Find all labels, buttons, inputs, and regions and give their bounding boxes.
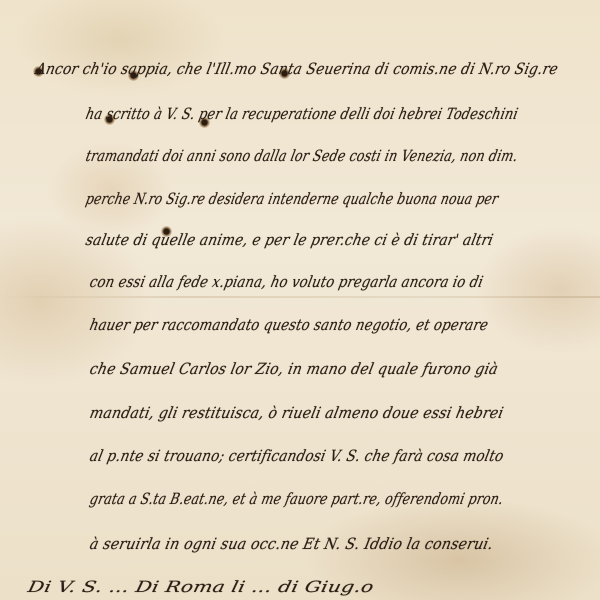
letter-line-2: ha scritto à V. S. per la recuperatione … bbox=[84, 105, 520, 123]
letter-line-7: hauer per raccomandato questo santo nego… bbox=[88, 316, 490, 334]
paper-fold-crease bbox=[0, 296, 600, 298]
letter-line-9: mandati, gli restituisca, ò riueli almen… bbox=[88, 404, 505, 422]
letter-line-11: grata a S.ta B.eat.ne, et à me fauore pa… bbox=[88, 490, 505, 508]
letter-line-1: Ancor ch'io sappia, che l'Ill.mo Santa S… bbox=[34, 60, 560, 78]
letter-line-6: con essi alla fede x.piana, ho voluto pr… bbox=[88, 273, 485, 291]
letter-line-8: che Samuel Carlos lor Zio, in mano del q… bbox=[88, 360, 500, 378]
letter-line-10: al p.nte si trouano; certificandosi V. S… bbox=[88, 447, 505, 465]
letter-line-5: salute di quelle anime, e per le prer.ch… bbox=[84, 231, 495, 249]
letter-closing: Di V. S. ... Di Roma li ... di Giug.o bbox=[26, 578, 375, 596]
letter-line-12: à seruirla in ogni sua occ.ne Et N. S. I… bbox=[88, 535, 495, 553]
letter-line-4: perche N.ro Sig.re desidera intenderne q… bbox=[84, 190, 500, 208]
letter-line-3: tramandati doi anni sono dalla lor Sede … bbox=[84, 147, 520, 165]
aged-paper-background bbox=[0, 0, 600, 600]
